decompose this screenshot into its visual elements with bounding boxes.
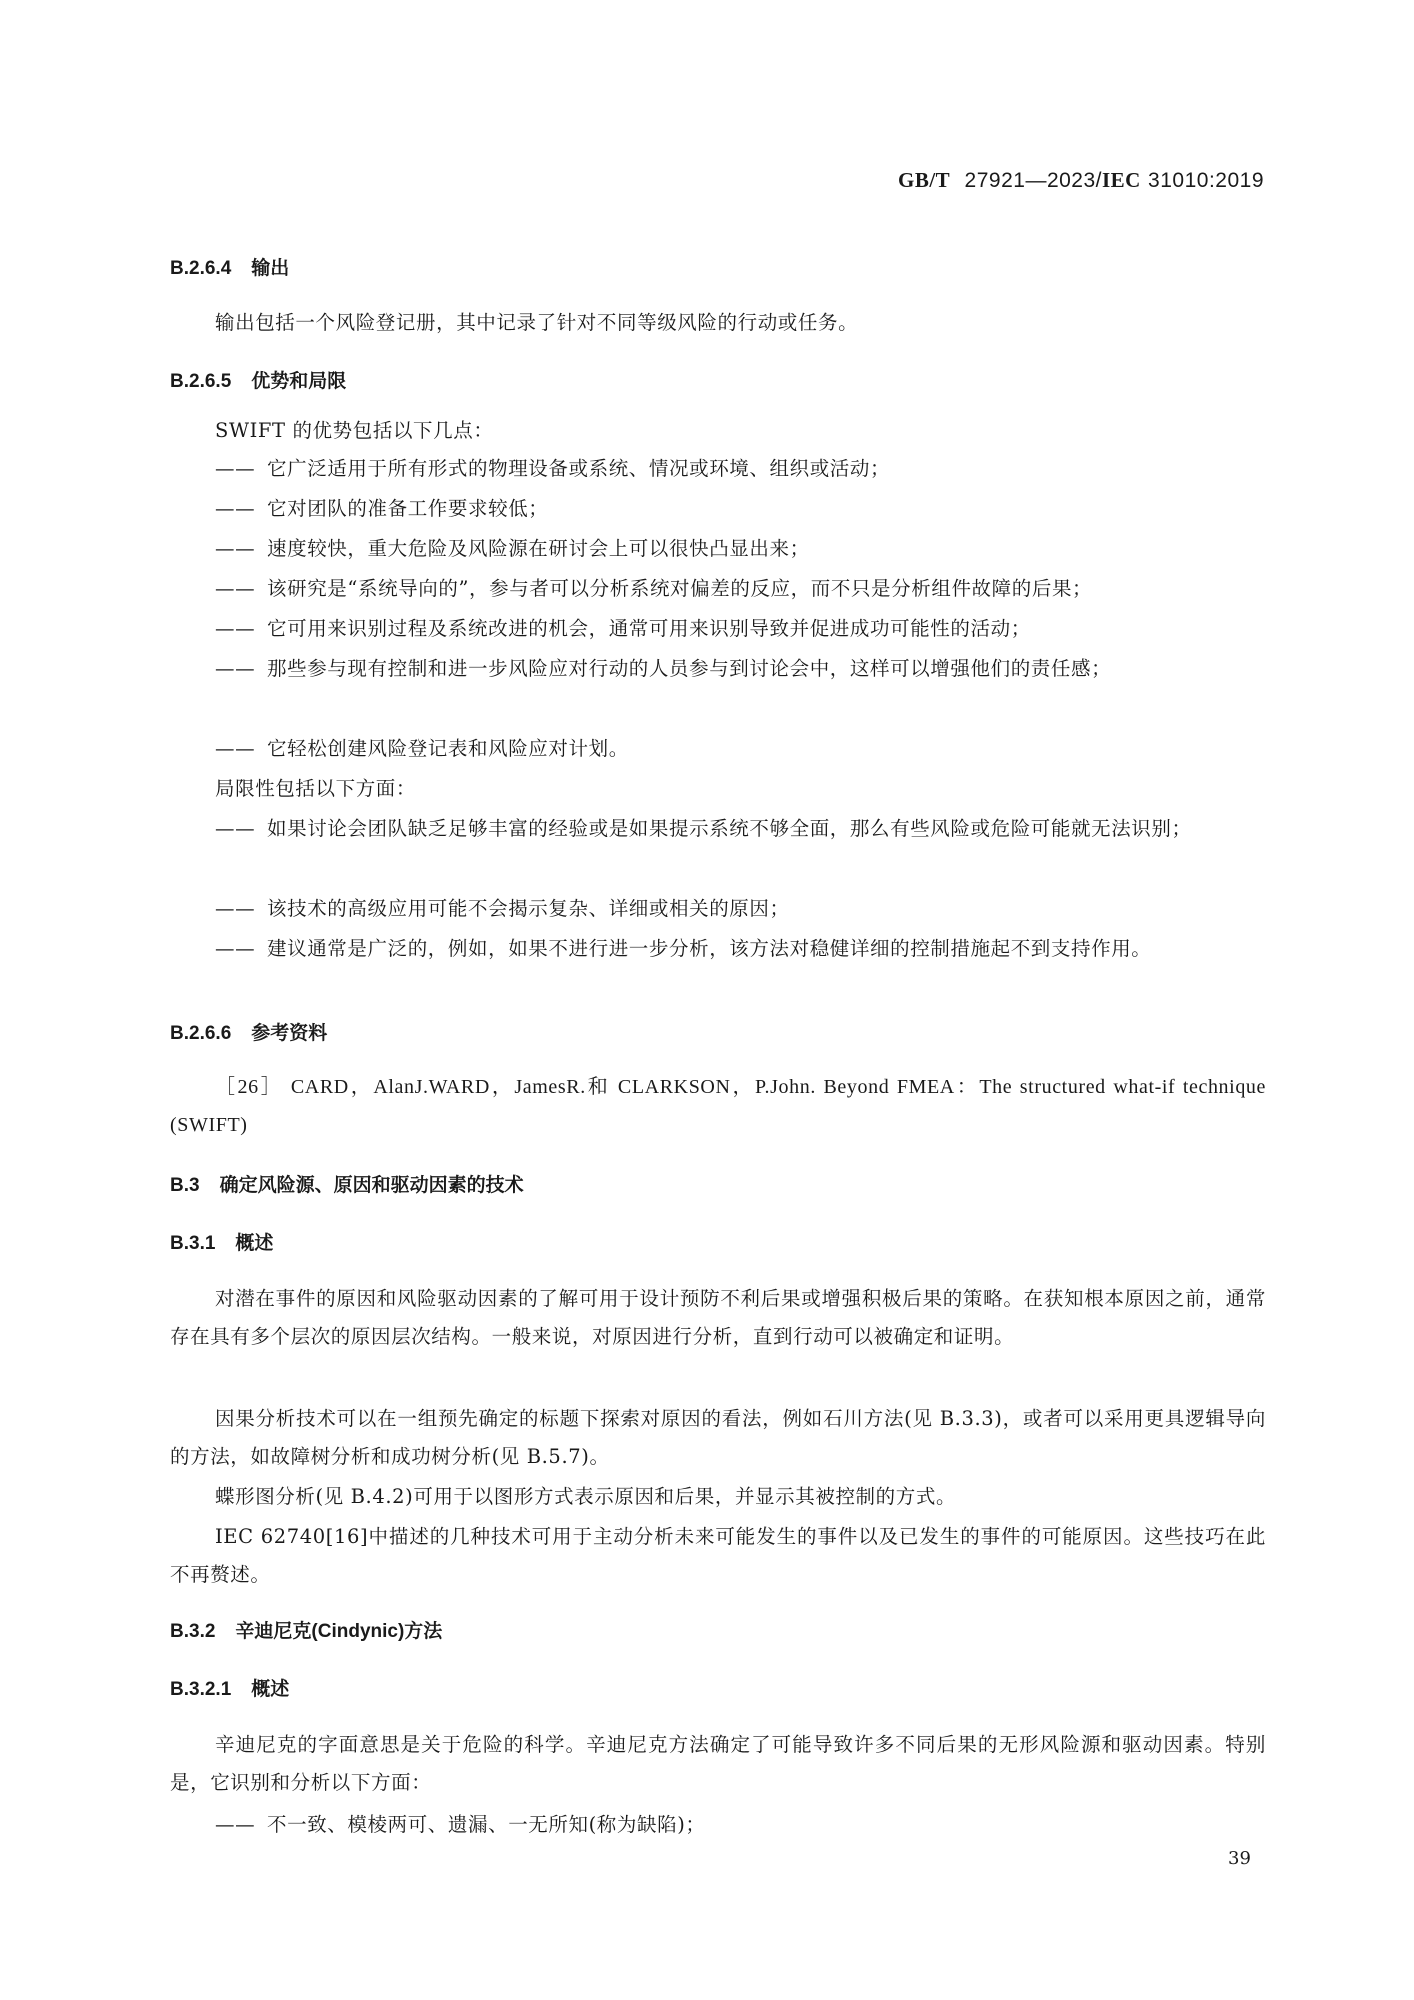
limit-item: ——如果讨论会团队缺乏足够丰富的经验或是如果提示系统不够全面，那么有些风险或危险… bbox=[215, 810, 1266, 848]
limit-item: ——该技术的高级应用可能不会揭示复杂、详细或相关的原因； bbox=[215, 890, 1266, 928]
heading-b266: B.2.6.6参考资料 bbox=[170, 1018, 327, 1045]
cindynic-item: ——不一致、模棱两可、遗漏、一无所知(称为缺陷)； bbox=[215, 1806, 1266, 1844]
limit-item: ——建议通常是广泛的，例如，如果不进行进一步分析，该方法对稳健详细的控制措施起不… bbox=[215, 930, 1266, 968]
strengths-intro: SWIFT 的优势包括以下几点： bbox=[170, 412, 1266, 450]
heading-b265: B.2.6.5优势和局限 bbox=[170, 366, 346, 393]
strength-item: ——速度较快，重大危险及风险源在研讨会上可以很快凸显出来； bbox=[215, 530, 1266, 568]
iec-number: 31010:2019 bbox=[1148, 169, 1264, 192]
std-number: 27921—2023/ bbox=[965, 169, 1102, 192]
paragraph-b321: 辛迪尼克的字面意思是关于危险的科学。辛迪尼克方法确定了可能导致许多不同后果的无形… bbox=[170, 1726, 1266, 1802]
document-header: GB/T 27921—2023/IEC 31010:2019 bbox=[898, 168, 1264, 193]
limits-intro: 局限性包括以下方面： bbox=[170, 770, 1266, 808]
heading-b32: B.3.2辛迪尼克(Cindynic)方法 bbox=[170, 1616, 442, 1643]
std-prefix: GB/T bbox=[898, 168, 950, 192]
page-number: 39 bbox=[1228, 1848, 1251, 1869]
paragraph-b31-2: 因果分析技术可以在一组预先确定的标题下探索对原因的看法，例如石川方法(见 B.3… bbox=[170, 1400, 1266, 1476]
paragraph-b31-4: IEC 62740[16]中描述的几种技术可用于主动分析未来可能发生的事件以及已… bbox=[170, 1518, 1266, 1594]
paragraph-output: 输出包括一个风险登记册，其中记录了针对不同等级风险的行动或任务。 bbox=[170, 304, 1266, 342]
reference-26: ［26］ CARD，AlanJ.WARD，JamesR.和 CLARKSON，P… bbox=[170, 1068, 1266, 1144]
paragraph-b31-1: 对潜在事件的原因和风险驱动因素的了解可用于设计预防不利后果或增强积极后果的策略。… bbox=[170, 1280, 1266, 1356]
iec-prefix: IEC bbox=[1102, 168, 1141, 192]
heading-b3: B.3确定风险源、原因和驱动因素的技术 bbox=[170, 1170, 524, 1197]
strength-item: ——它广泛适用于所有形式的物理设备或系统、情况或环境、组织或活动； bbox=[215, 450, 1266, 488]
strength-item: ——它对团队的准备工作要求较低； bbox=[215, 490, 1266, 528]
strength-item: ——该研究是“系统导向的”，参与者可以分析系统对偏差的反应，而不只是分析组件故障… bbox=[215, 570, 1266, 608]
heading-b264: B.2.6.4输出 bbox=[170, 253, 289, 280]
heading-b321: B.3.2.1概述 bbox=[170, 1674, 289, 1701]
heading-b31: B.3.1概述 bbox=[170, 1228, 273, 1255]
strength-item: ——它可用来识别过程及系统改进的机会，通常可用来识别导致并促进成功可能性的活动； bbox=[215, 610, 1266, 648]
paragraph-b31-3: 蝶形图分析(见 B.4.2)可用于以图形方式表示原因和后果，并显示其被控制的方式… bbox=[170, 1478, 1266, 1516]
strength-item: ——它轻松创建风险登记表和风险应对计划。 bbox=[215, 730, 1266, 768]
strength-item: ——那些参与现有控制和进一步风险应对行动的人员参与到讨论会中，这样可以增强他们的… bbox=[215, 650, 1266, 688]
